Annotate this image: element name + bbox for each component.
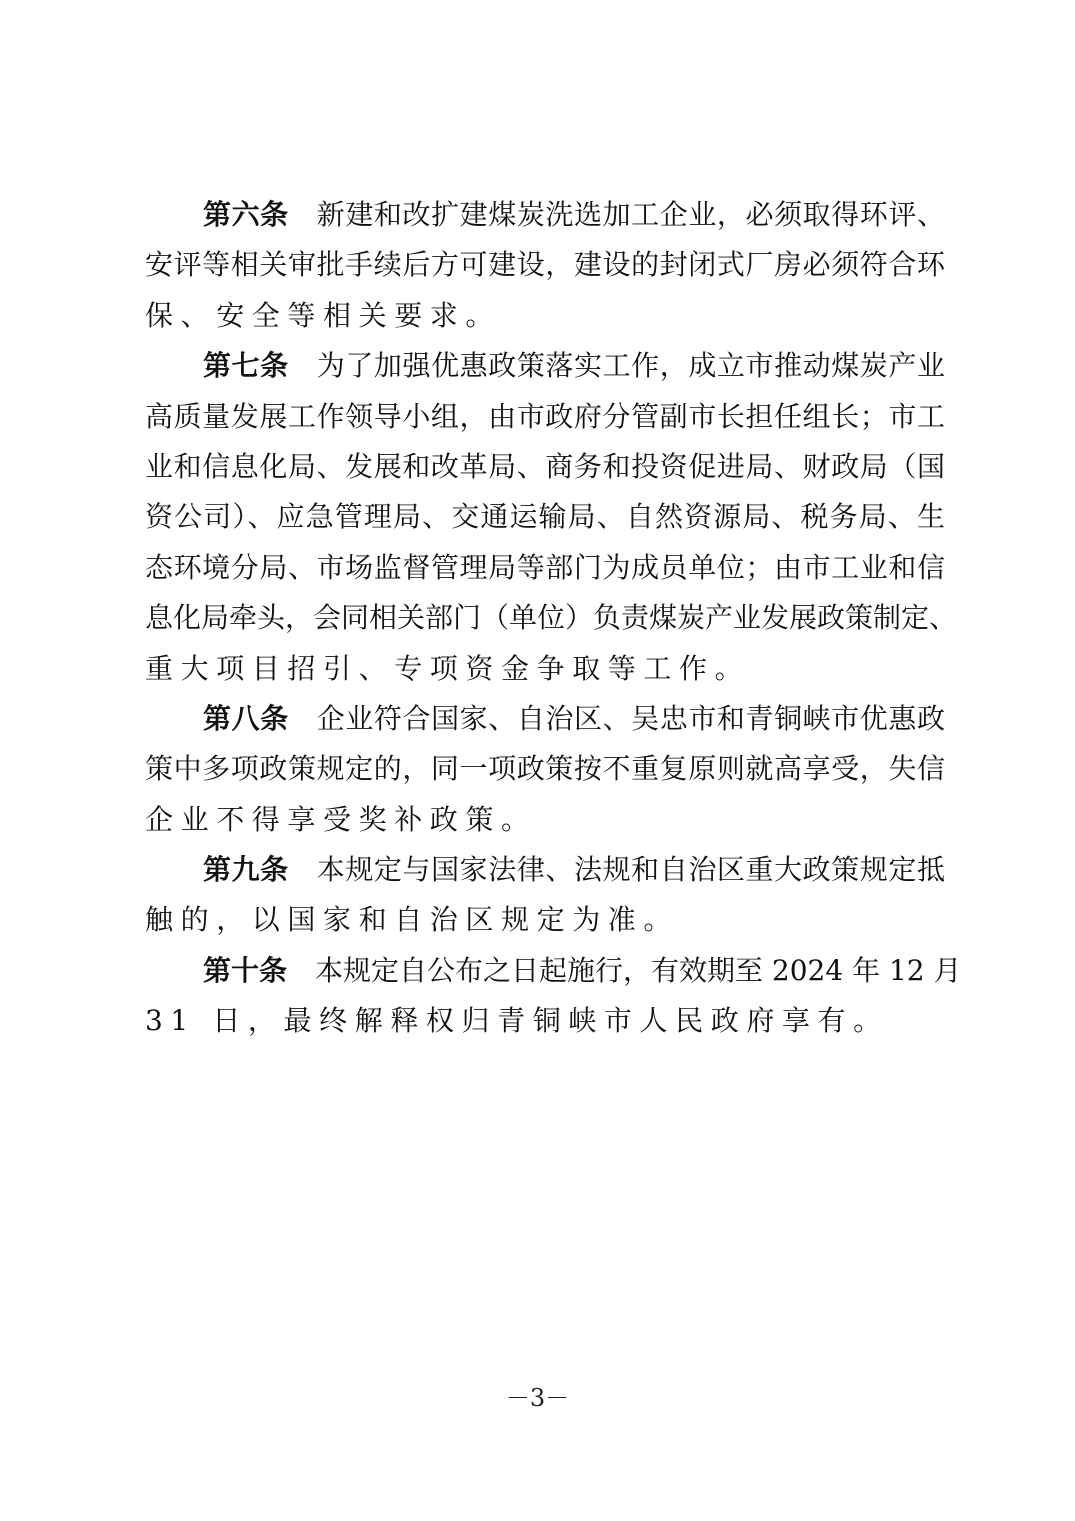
article-label: 第六条 xyxy=(203,198,289,231)
article-line: 策中多项政策规定的，同一项政策按不重复原则就高享受，失信 xyxy=(145,744,945,794)
article-text: 为了加强优惠政策落实工作，成立市推动煤炭产业 xyxy=(317,349,945,382)
article-line: 31 日，最终解释权归青铜峡市人民政府享有。 xyxy=(145,996,945,1046)
article-text: 新建和改扩建煤炭洗选加工企业，必须取得环评、 xyxy=(317,198,945,231)
article-line: 触的，以国家和自治区规定为准。 xyxy=(145,895,945,945)
article-8: 第八条企业符合国家、自治区、吴忠市和青铜峡市优惠政 策中多项政策规定的，同一项政… xyxy=(145,694,945,845)
article-line: 重大项目招引、专项资金争取等工作。 xyxy=(145,644,945,694)
article-label: 第九条 xyxy=(203,853,289,886)
article-6: 第六条新建和改扩建煤炭洗选加工企业，必须取得环评、 安评等相关审批手续后方可建设… xyxy=(145,190,945,341)
page-number: －3－ xyxy=(0,1378,1075,1413)
document-body: 第六条新建和改扩建煤炭洗选加工企业，必须取得环评、 安评等相关审批手续后方可建设… xyxy=(145,190,945,1047)
document-page: 第六条新建和改扩建煤炭洗选加工企业，必须取得环评、 安评等相关审批手续后方可建设… xyxy=(0,0,1075,1521)
article-first-line: 第八条企业符合国家、自治区、吴忠市和青铜峡市优惠政 xyxy=(145,694,945,744)
article-first-line: 第六条新建和改扩建煤炭洗选加工企业，必须取得环评、 xyxy=(145,190,945,240)
article-line: 资公司）、应急管理局、交通运输局、自然资源局、税务局、生 xyxy=(145,492,945,542)
article-label: 第十条 xyxy=(203,954,287,987)
article-label: 第七条 xyxy=(203,349,289,382)
article-line: 业和信息化局、发展和改革局、商务和投资促进局、财政局（国 xyxy=(145,442,945,492)
article-text: 企业符合国家、自治区、吴忠市和青铜峡市优惠政 xyxy=(317,702,945,735)
article-line: 企业不得享受奖补政策。 xyxy=(145,795,945,845)
article-line: 安评等相关审批手续后方可建设，建设的封闭式厂房必须符合环 xyxy=(145,240,945,290)
article-line: 高质量发展工作领导小组，由市政府分管副市长担任组长；市工 xyxy=(145,392,945,442)
article-first-line: 第七条为了加强优惠政策落实工作，成立市推动煤炭产业 xyxy=(145,341,945,391)
article-label: 第八条 xyxy=(203,702,289,735)
article-line: 态环境分局、市场监督管理局等部门为成员单位；由市工业和信 xyxy=(145,543,945,593)
article-line: 保、安全等相关要求。 xyxy=(145,291,945,341)
article-7: 第七条为了加强优惠政策落实工作，成立市推动煤炭产业 高质量发展工作领导小组，由市… xyxy=(145,341,945,694)
article-9: 第九条本规定与国家法律、法规和自治区重大政策规定抵 触的，以国家和自治区规定为准… xyxy=(145,845,945,946)
article-first-line: 第十条本规定自公布之日起施行，有效期至 2024 年 12 月 xyxy=(145,946,945,996)
article-text: 本规定自公布之日起施行，有效期至 2024 年 12 月 xyxy=(315,954,962,987)
article-first-line: 第九条本规定与国家法律、法规和自治区重大政策规定抵 xyxy=(145,845,945,895)
article-10: 第十条本规定自公布之日起施行，有效期至 2024 年 12 月 31 日，最终解… xyxy=(145,946,945,1047)
article-text: 本规定与国家法律、法规和自治区重大政策规定抵 xyxy=(317,853,945,886)
article-line: 息化局牵头，会同相关部门（单位）负责煤炭产业发展政策制定、 xyxy=(145,593,945,643)
